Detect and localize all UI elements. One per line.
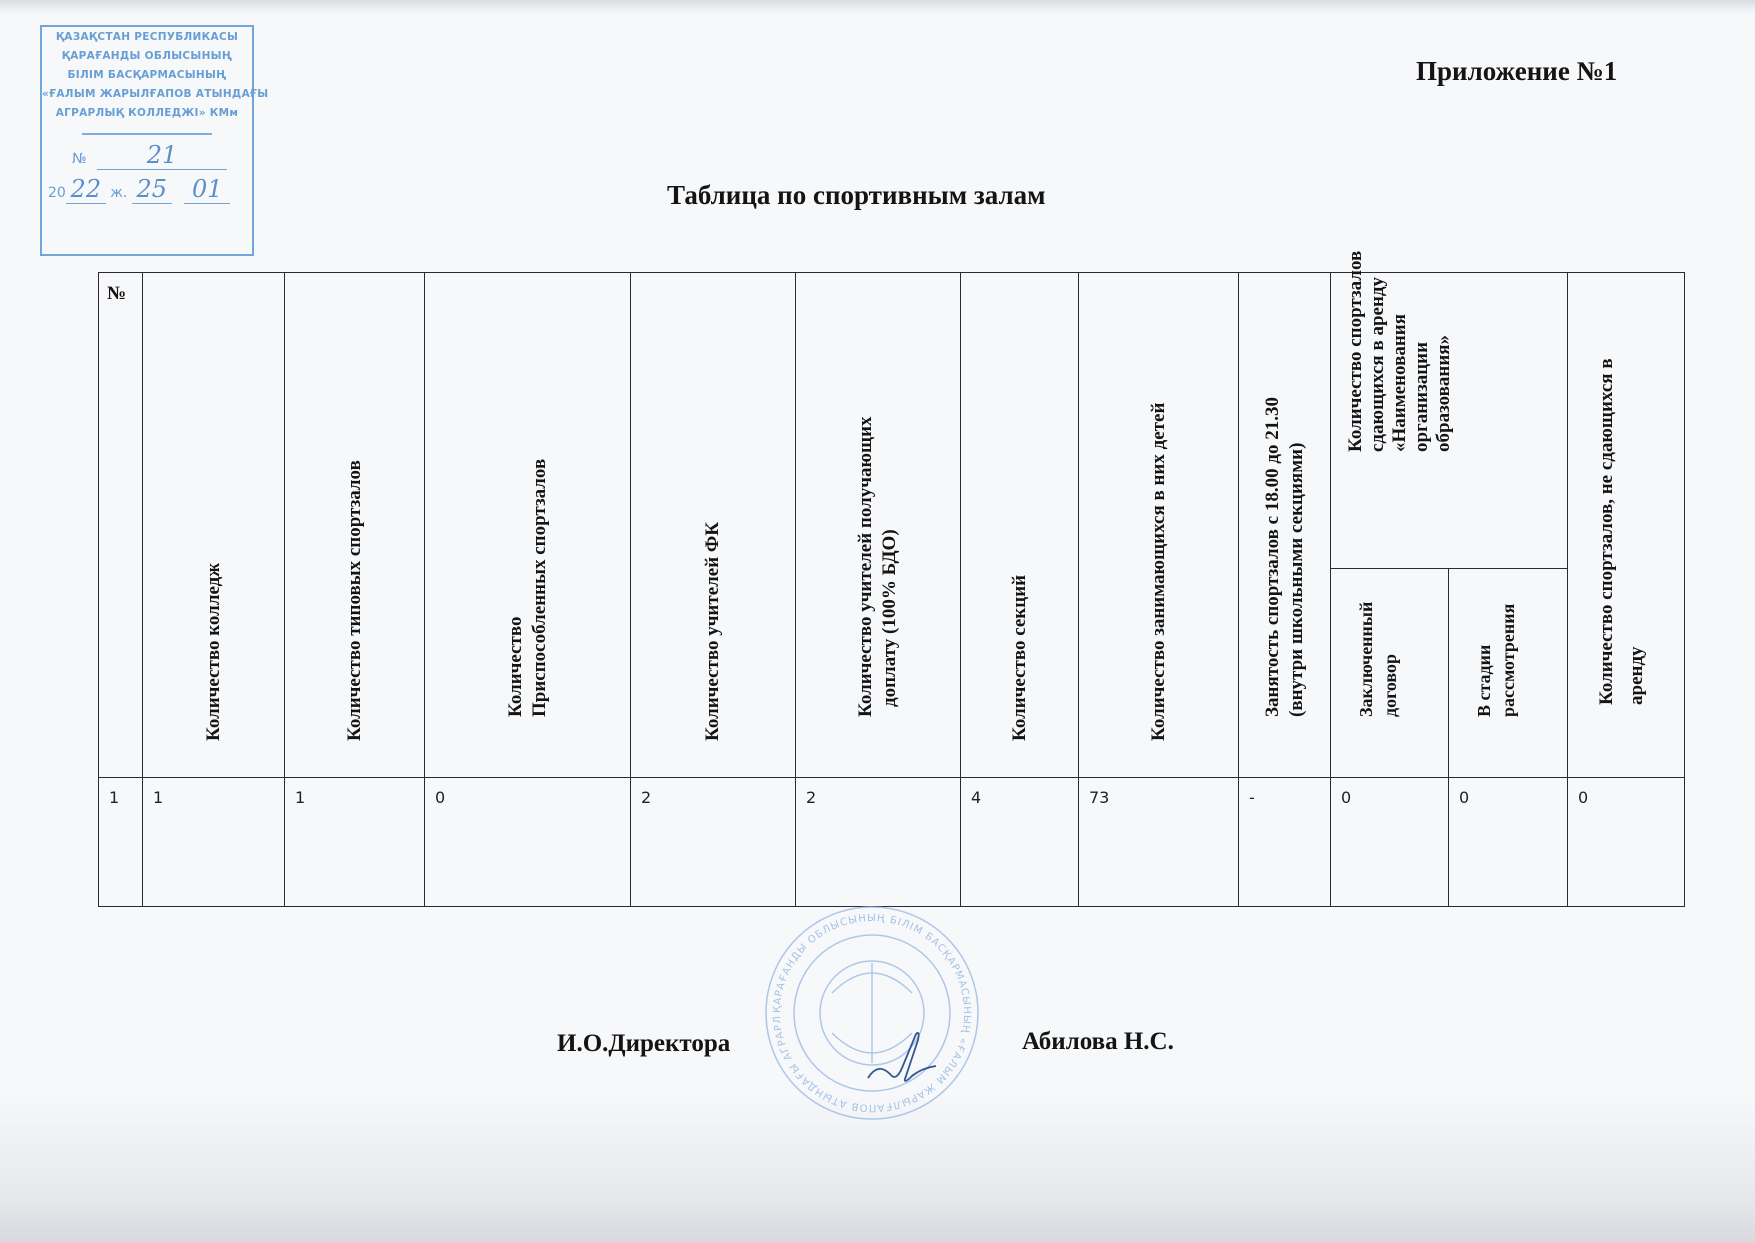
header-rented-review: В стадии рассмотрения — [1472, 604, 1520, 717]
header-text-line: Приспособленных спортзалов — [528, 459, 552, 717]
header-text-line: В стадии — [1472, 604, 1496, 717]
stamp-date-day: 25 — [137, 175, 168, 203]
cell-children: 73 — [1089, 788, 1109, 807]
table-cell: 4 — [960, 777, 1079, 907]
registration-stamp: ҚАЗАҚСТАН РЕСПУБЛИКАСЫ ҚАРАҒАНДЫ ОБЛЫСЫН… — [40, 25, 254, 256]
cell-sections: 4 — [971, 788, 981, 807]
table-cell: 2 — [795, 777, 961, 907]
stamp-number-row: № 21 — [42, 141, 252, 175]
header-cell-sections: Количество секций — [960, 272, 1079, 778]
stamp-date-year: 22 — [71, 175, 102, 203]
header-teachers-bonus: Количество учителей получающих доплату (… — [854, 416, 902, 717]
signature-position: И.О.Директора — [557, 1030, 730, 1058]
header-text-line: рассмотрения — [1496, 604, 1520, 717]
header-cell-colleges: Количество колледж — [142, 272, 285, 778]
cell-rented-review: 0 — [1459, 788, 1469, 807]
appendix-label: Приложение №1 — [1416, 56, 1617, 87]
table-cell: 0 — [424, 777, 631, 907]
signature-name: Абилова Н.С. — [1022, 1028, 1174, 1056]
round-seal-icon: ҚАРАҒАНДЫ ОБЛЫСЫНЫҢ БІЛІМ БАСҚАРМАСЫНЫҢ … — [762, 903, 982, 1123]
table-cell: 1 — [98, 777, 143, 907]
cell-typical-gyms: 1 — [295, 788, 305, 807]
header-text-line: договор — [1378, 602, 1402, 717]
cell-occupancy: - — [1249, 788, 1255, 807]
header-cell-children: Количество занимающихся в них детей — [1078, 272, 1239, 778]
table-cell: 0 — [1330, 777, 1449, 907]
scan-shadow-top — [0, 0, 1755, 14]
table-cell: 1 — [142, 777, 285, 907]
header-typical-gyms: Количество типовых спортзалов — [343, 460, 367, 741]
stamp-date-row: 2022 ж. 25 01 — [42, 175, 252, 209]
header-text-line: (внутри школьными секциями) — [1285, 397, 1309, 717]
header-no-label: № — [107, 283, 126, 305]
header-not-rented: Количество спортзалов, не сдающихся в ар… — [1592, 358, 1652, 705]
header-text-line: Количество спортзалов — [1345, 251, 1367, 452]
header-cell-adapted-gyms: Количество Приспособленных спортзалов — [424, 272, 631, 778]
header-text-line: организации — [1411, 251, 1433, 452]
gym-table: № Количество колледж Количество типовых … — [98, 272, 1685, 907]
header-text-line: сдающихся в аренду — [1367, 251, 1389, 452]
stamp-number-value: 21 — [147, 141, 178, 169]
stamp-line: ҚАЗАҚСТАН РЕСПУБЛИКАСЫ — [42, 28, 252, 47]
table-cell: - — [1238, 777, 1331, 907]
cell-teachers-bonus: 2 — [806, 788, 816, 807]
stamp-line: АГРАРЛЫҚ КОЛЛЕДЖІ» КМм — [42, 104, 252, 123]
header-cell-not-rented: Количество спортзалов, не сдающихся в ар… — [1567, 272, 1685, 778]
header-text-line: Количество — [504, 459, 528, 717]
header-cell-rented-signed: Заключенный договор — [1330, 568, 1449, 778]
table-cell: 73 — [1078, 777, 1239, 907]
header-text-line: аренду — [1622, 358, 1652, 705]
cell-rented-signed: 0 — [1341, 788, 1351, 807]
stamp-line: «ҒАЛЫМ ЖАРЫЛҒАПОВ АТЫНДАҒЫ — [42, 85, 252, 104]
header-text-line: образования» — [1433, 251, 1455, 452]
signature-icon — [860, 1030, 940, 1090]
header-occupancy: Занятость спортзалов с 18.00 до 21.30 (в… — [1261, 397, 1309, 717]
header-rented-group: Количество спортзалов сдающихся в аренду… — [1345, 251, 1455, 452]
stamp-date-prefix: 20 — [48, 185, 66, 201]
header-text-line: Количество учителей получающих — [854, 416, 878, 717]
table-cell: 0 — [1567, 777, 1685, 907]
header-text-line: доплату (100% БДО) — [878, 416, 902, 717]
cell-no: 1 — [109, 788, 119, 807]
cell-not-rented: 0 — [1578, 788, 1588, 807]
cell-colleges: 1 — [153, 788, 163, 807]
header-cell-pe-teachers: Количество учителей ФК — [630, 272, 796, 778]
stamp-date-month: 01 — [192, 175, 223, 203]
stamp-date-suffix: ж. — [110, 185, 127, 201]
header-cell-no: № — [98, 272, 143, 778]
header-text-line: Заключенный — [1354, 602, 1378, 717]
stamp-line: БІЛІМ БАСҚАРМАСЫНЫҢ — [42, 66, 252, 85]
header-text-line: Количество спортзалов, не сдающихся в — [1592, 358, 1622, 705]
header-adapted-gyms: Количество Приспособленных спортзалов — [504, 459, 552, 717]
header-cell-occupancy: Занятость спортзалов с 18.00 до 21.30 (в… — [1238, 272, 1331, 778]
header-text-line: «Наименования — [1389, 251, 1411, 452]
stamp-number-label: № — [72, 151, 87, 167]
header-text-line: Занятость спортзалов с 18.00 до 21.30 — [1261, 397, 1285, 717]
header-cell-rented-group: Количество спортзалов сдающихся в аренду… — [1330, 272, 1568, 569]
document-title: Таблица по спортивным залам — [667, 180, 1046, 211]
header-cell-rented-review: В стадии рассмотрения — [1448, 568, 1568, 778]
stamp-divider — [82, 133, 212, 135]
table-cell: 1 — [284, 777, 425, 907]
header-cell-teachers-bonus: Количество учителей получающих доплату (… — [795, 272, 961, 778]
header-cell-typical-gyms: Количество типовых спортзалов — [284, 272, 425, 778]
table-cell: 2 — [630, 777, 796, 907]
header-pe-teachers: Количество учителей ФК — [701, 522, 725, 741]
header-sections: Количество секций — [1008, 575, 1032, 741]
stamp-line: ҚАРАҒАНДЫ ОБЛЫСЫНЫҢ — [42, 47, 252, 66]
cell-pe-teachers: 2 — [641, 788, 651, 807]
table-cell: 0 — [1448, 777, 1568, 907]
cell-adapted-gyms: 0 — [435, 788, 445, 807]
header-children: Количество занимающихся в них детей — [1147, 403, 1171, 741]
header-colleges: Количество колледж — [202, 563, 226, 741]
header-rented-signed: Заключенный договор — [1354, 602, 1402, 717]
